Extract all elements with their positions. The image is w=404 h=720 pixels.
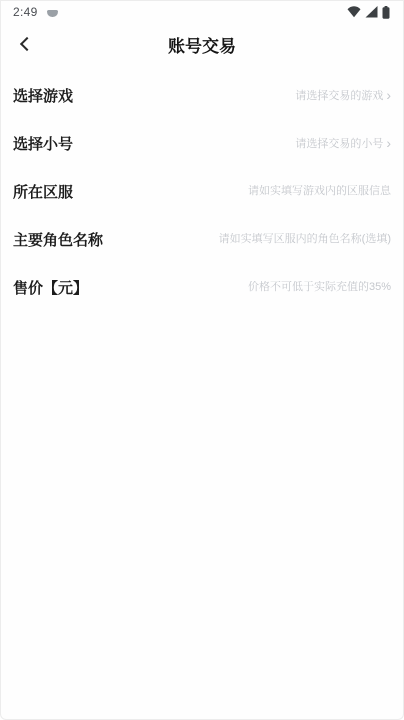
row-value: 请选择交易的游戏 [295,87,383,103]
row-value: 请选择交易的小号 [295,135,383,151]
page-title: 账号交易 [168,32,236,57]
notification-icon [47,10,58,17]
chevron-right-icon: › [386,88,391,103]
form-row-server-region: 所在区服 [1,167,403,215]
cellular-signal-icon [365,6,378,18]
trade-form: 选择游戏 请选择交易的游戏 › 选择小号 请选择交易的小号 › 所在区服 主要角… [1,71,403,311]
nav-bar: 账号交易 [1,23,403,65]
row-label: 所在区服 [13,181,73,202]
row-label: 选择小号 [13,133,73,154]
row-label: 选择游戏 [13,85,73,106]
character-name-input[interactable] [103,233,391,245]
form-row-select-game[interactable]: 选择游戏 请选择交易的游戏 › [1,71,403,119]
row-label: 售价【元】 [13,277,88,298]
wifi-icon [347,6,361,18]
back-button[interactable] [9,28,41,60]
form-row-price: 售价【元】 [1,263,403,311]
server-region-input[interactable] [73,185,391,197]
status-bar: 2:49 [1,1,403,23]
price-input[interactable] [88,281,391,293]
row-label: 主要角色名称 [13,229,103,250]
app-screen: 2:49 账号交易 选择游戏 请选择交易的游戏 › [0,0,404,720]
chevron-right-icon: › [386,136,391,151]
back-chevron-icon [20,37,34,51]
status-time: 2:49 [13,5,38,19]
form-row-select-alt-account[interactable]: 选择小号 请选择交易的小号 › [1,119,403,167]
form-row-character-name: 主要角色名称 [1,215,403,263]
battery-icon [382,6,390,19]
